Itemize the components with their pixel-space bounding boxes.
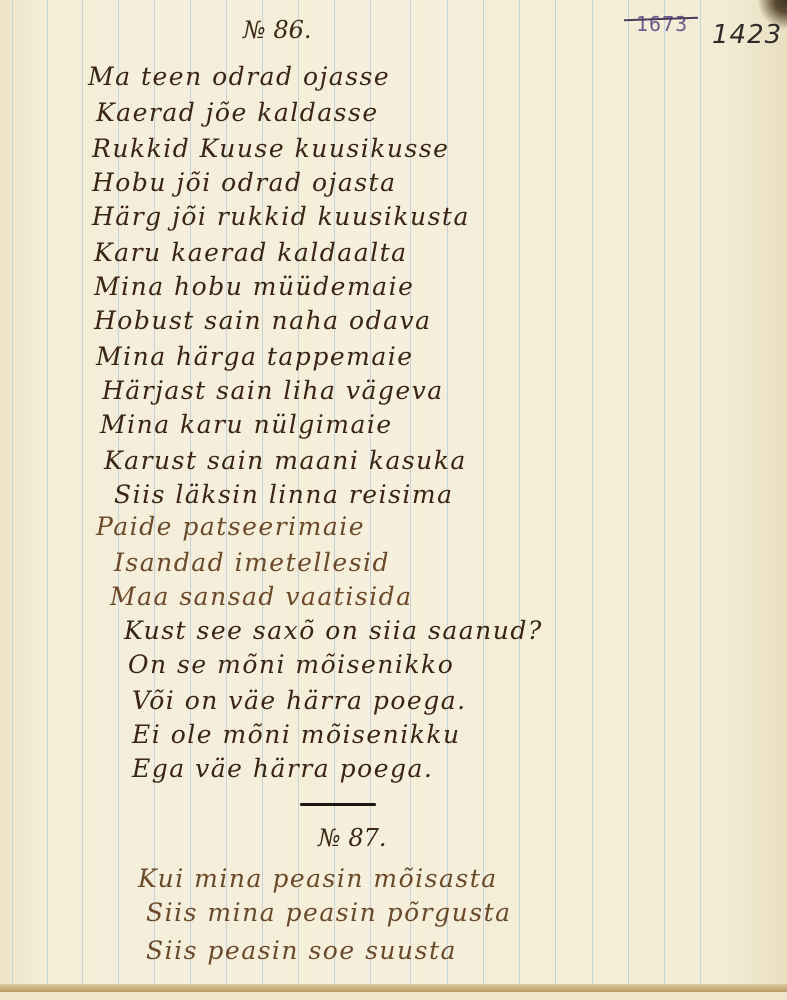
ruled-line (555, 0, 556, 984)
poem-line: Härjast sain liha vägeva (102, 376, 444, 405)
poem-line: Siis mina peasin põrgusta (146, 898, 512, 927)
poem-line: Karust sain maani kasuka (104, 446, 467, 475)
poem-line: Ei ole mõni mõisenikku (132, 720, 461, 749)
ruled-line (628, 0, 629, 984)
poem-line: Ega väe härra poega. (132, 754, 433, 783)
pencil-page-number: 1423 (712, 20, 782, 50)
manuscript-page: 1673 1423 № 86. Ma teen odrad ojasse Kae… (0, 0, 787, 992)
poem-line: Hobu jõi odrad ojasta (92, 168, 397, 197)
poem-line: Härg jõi rukkid kuusikusta (92, 202, 470, 231)
ruled-line (483, 0, 484, 984)
ruled-line (12, 0, 13, 984)
section-divider (300, 803, 376, 806)
poem-line: Mina härga tappemaie (96, 342, 414, 371)
poem-line: Siis peasin soe suusta (146, 936, 457, 965)
ruled-line (82, 0, 83, 984)
ruled-line (519, 0, 520, 984)
struck-stamp-number: 1673 (636, 12, 688, 36)
poem-line: Maa sansad vaatisida (110, 582, 413, 611)
section-heading-87: № 87. (318, 824, 387, 852)
poem-line: Kaerad jõe kaldasse (96, 98, 379, 127)
poem-line: On se mõni mõisenikko (128, 650, 454, 679)
poem-line: Kui mina peasin mõisasta (138, 864, 498, 893)
ruled-line (47, 0, 48, 984)
ruled-line (664, 0, 665, 984)
poem-line: Ma teen odrad ojasse (88, 62, 390, 91)
poem-line: Mina karu nülgimaie (100, 410, 393, 439)
poem-line: Hobust sain naha odava (94, 306, 432, 335)
section-heading-86: № 86. (243, 16, 312, 44)
poem-line light: Siis läksin linna reisima (114, 480, 454, 509)
poem-line: Kust see saxõ on siia saanud? (124, 616, 543, 645)
ruled-line (700, 0, 701, 984)
poem-line: Paide patseerimaie (96, 512, 365, 541)
poem-line: Rukkid Kuuse kuusikusse (92, 134, 449, 163)
poem-line: Või on väe härra poega. (132, 686, 467, 715)
poem-line: Karu kaerad kaldaalta (94, 238, 408, 267)
poem-line: Mina hobu müüdemaie (94, 272, 414, 301)
poem-line: Isandad imetellesid (114, 548, 390, 577)
ruled-line (592, 0, 593, 984)
